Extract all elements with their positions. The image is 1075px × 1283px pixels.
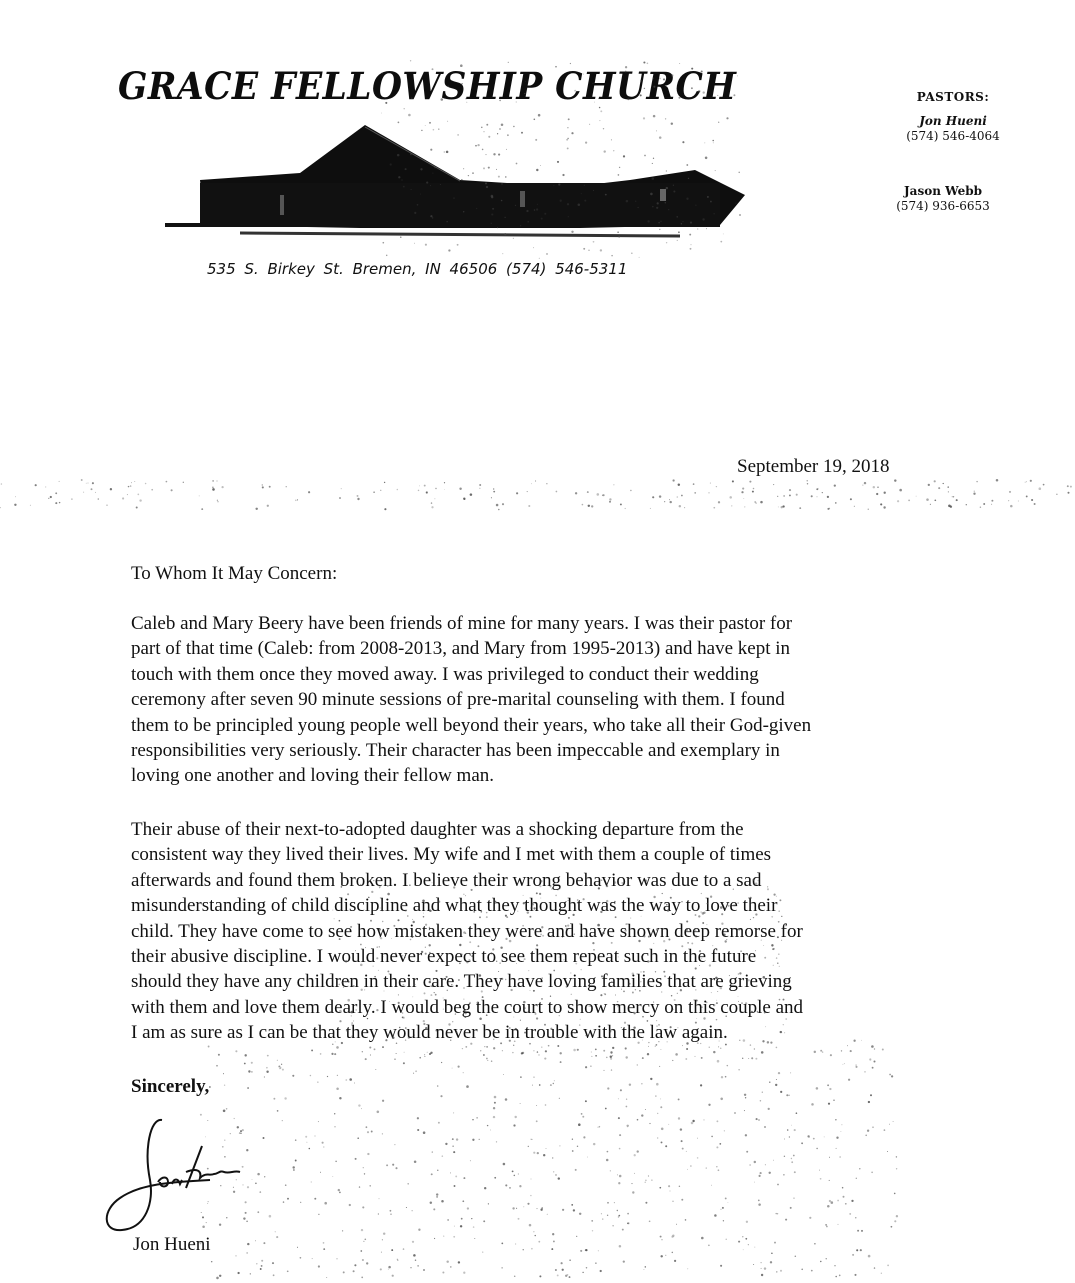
pastor-name: Jon Hueni [888, 114, 1018, 129]
pastor-phone: (574) 546-4064 [888, 129, 1018, 144]
church-name: GRACE FELLOWSHIP CHURCH [118, 64, 736, 108]
text-line: consistent way they lived their lives. M… [131, 842, 931, 867]
text-line: responsibilities very seriously. Their c… [131, 738, 931, 763]
text-line: their abusive discipline. I would never … [131, 944, 931, 969]
text-line: touch with them once they moved away. I … [131, 662, 931, 687]
pastor-entry: Jon Hueni (574) 546-4064 [888, 114, 1018, 144]
pastor-phone: (574) 936-6653 [868, 199, 1018, 214]
text-line: child. They have come to see how mistake… [131, 919, 931, 944]
text-line: loving one another and loving their fell… [131, 763, 931, 788]
body-paragraph: Caleb and Mary Beery have been friends o… [131, 611, 931, 789]
pastor-entry: Jason Webb (574) 936-6653 [868, 184, 1018, 214]
text-line: afterwards and found them broken. I beli… [131, 868, 931, 893]
text-line: with them and love them dearly. I would … [131, 995, 931, 1020]
text-line: part of that time (Caleb: from 2008-2013… [131, 636, 931, 661]
text-line: misunderstanding of child discipline and… [131, 893, 931, 918]
text-line: Their abuse of their next-to-adopted dau… [131, 817, 931, 842]
pastor-name: Jason Webb [868, 184, 1018, 199]
letter-page: GRACE FELLOWSHIP CHURCH 535 S. Birkey St… [0, 0, 1075, 1283]
signer-name: Jon Hueni [133, 1234, 211, 1256]
handwritten-signature-icon [100, 1110, 300, 1240]
body-paragraph: Their abuse of their next-to-adopted dau… [131, 817, 931, 1046]
text-line: I am as sure as I can be that they would… [131, 1020, 931, 1045]
text-line: Caleb and Mary Beery have been friends o… [131, 611, 931, 636]
closing: Sincerely, [131, 1076, 209, 1098]
salutation: To Whom It May Concern: [131, 563, 337, 585]
church-building-icon [160, 125, 750, 240]
church-address: 535 S. Birkey St. Bremen, IN 46506 (574)… [207, 260, 627, 278]
text-line: should they have any children in their c… [131, 969, 931, 994]
text-line: them to be principled young people well … [131, 713, 931, 738]
letter-date: September 19, 2018 [737, 456, 890, 478]
pastors-block: PASTORS: Jon Hueni (574) 546-4064 Jason … [868, 90, 1018, 214]
pastors-heading: PASTORS: [888, 90, 1018, 104]
text-line: ceremony after seven 90 minute sessions … [131, 687, 931, 712]
